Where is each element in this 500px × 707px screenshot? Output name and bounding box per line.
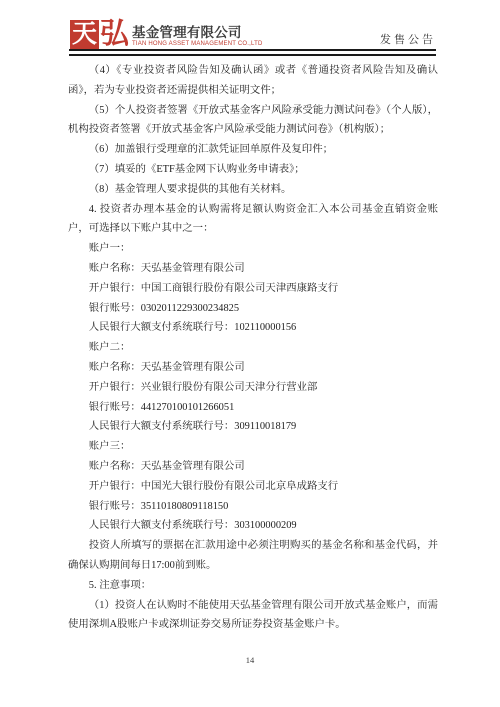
paragraph: 5. 注意事项： — [68, 576, 438, 596]
paragraph: （4）《专业投资者风险告知及确认函》或者《普通投资者风险告知及确认函》，若为专业… — [68, 61, 438, 101]
company-name-en: TIAN HONG ASSET MANAGEMENT CO.,LTD — [132, 41, 263, 47]
paragraph: 银行账号：0302011229300234825 — [68, 299, 438, 319]
page-number: 14 — [246, 655, 255, 665]
document-body: （4）《专业投资者风险告知及确认函》或者《普通投资者风险告知及确认函》，若为专业… — [68, 61, 438, 635]
document-header: 天 弘 基金管理有限公司 TIAN HONG ASSET MANAGEMENT … — [0, 0, 500, 52]
paragraph: 银行账号：441270100101266051 — [68, 398, 438, 418]
paragraph: 人民银行大额支付系统联行号：102110000156 — [68, 318, 438, 338]
paragraph: 人民银行大额支付系统联行号：309110018179 — [68, 417, 438, 437]
paragraph: 账户一： — [68, 239, 438, 259]
paragraph: 账户名称：天弘基金管理有限公司 — [68, 259, 438, 279]
paragraph: （7）填妥的《ETF基金网下认购业务申请表》； — [68, 160, 438, 180]
document-page: 天 弘 基金管理有限公司 TIAN HONG ASSET MANAGEMENT … — [0, 0, 500, 707]
paragraph: （6）加盖银行受理章的汇款凭证回单原件及复印件； — [68, 140, 438, 160]
paragraph: 账户名称：天弘基金管理有限公司 — [68, 358, 438, 378]
paragraph: 账户名称：天弘基金管理有限公司 — [68, 457, 438, 477]
paragraph: 开户银行：兴业银行股份有限公司天津分行营业部 — [68, 378, 438, 398]
company-logo: 天 弘 基金管理有限公司 TIAN HONG ASSET MANAGEMENT … — [70, 20, 263, 49]
paragraph: 账户三： — [68, 437, 438, 457]
paragraph: 银行账号：35110180809118150 — [68, 497, 438, 517]
paragraph: 账户二： — [68, 338, 438, 358]
paragraph: 开户银行：中国工商银行股份有限公司天津西康路支行 — [68, 279, 438, 299]
doc-type-label: 发售公告 — [380, 31, 436, 47]
logo-tian-mark-icon: 天 — [70, 20, 99, 49]
header-divider — [69, 49, 436, 56]
paragraph: 开户银行：中国光大银行股份有限公司北京阜成路支行 — [68, 477, 438, 497]
paragraph: 人民银行大额支付系统联行号：303100000209 — [68, 516, 438, 536]
paragraph: （1）投资人在认购时不能使用天弘基金管理有限公司开放式基金账户，而需使用深圳A股… — [68, 596, 438, 636]
logo-hong-mark-icon: 弘 — [100, 20, 129, 49]
paragraph: 4. 投资者办理本基金的认购需将足额认购资金汇入本公司基金直销资金账户，可选择以… — [68, 200, 438, 240]
paragraph: （5）个人投资者签署《开放式基金客户风险承受能力测试问卷》（个人版），机构投资者… — [68, 101, 438, 141]
logo-text-block: 基金管理有限公司 TIAN HONG ASSET MANAGEMENT CO.,… — [132, 25, 263, 47]
page-footer: 14 — [0, 650, 500, 668]
paragraph: （8）基金管理人要求提供的其他有关材料。 — [68, 180, 438, 200]
company-name-cn: 基金管理有限公司 — [132, 25, 263, 40]
paragraph: 投资人所填写的票据在汇款用途中必须注明购买的基金名称和基金代码，并确保认购期间每… — [68, 536, 438, 576]
